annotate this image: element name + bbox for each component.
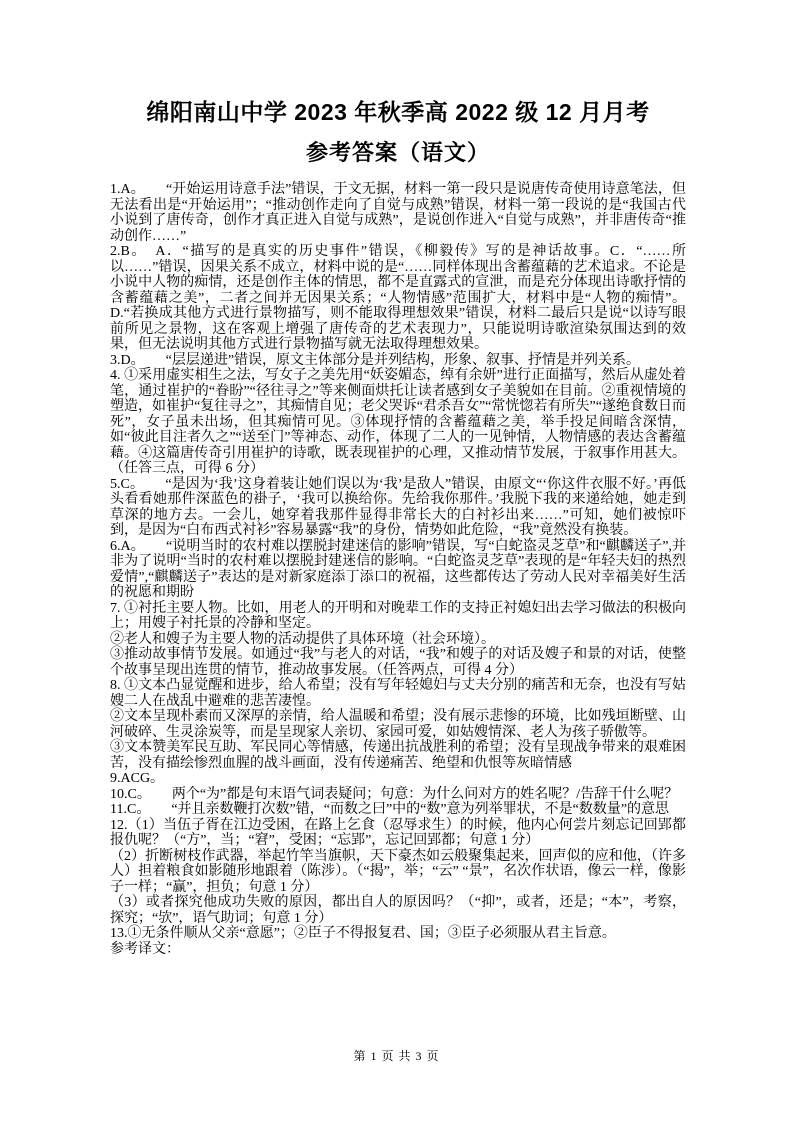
page-title: 绵阳南山中学 2023 年秋季高 2022 级 12 月月考 — [110, 96, 686, 128]
answers-body: 1.A。 “开始运用诗意手法”错误，于文无据，材料一第一段只是说唐传奇使用诗意笔… — [110, 182, 686, 957]
answer-12-part-3: （3）或者探究他成功失败的原因，都出自人的原因吗？（“抑”，或者，还是；“本”，… — [110, 895, 686, 926]
answer-13: 13.①无条件顺从父亲“意愿”；②臣子不得报复君、国；③臣子必须服从君主旨意。 — [110, 926, 686, 942]
answer-12-part-2: （2）折断树枝作武器，举起竹竿当旗帜，天下豪杰如云般聚集起来，回声似的应和他，（… — [110, 849, 686, 896]
answer-10: 10.C。 两个“为”都是句末语气词表疑问；句意：为什么问对方的姓名呢？/告辞干… — [110, 787, 686, 803]
answer-2: 2.B。 A．“描写的是真实的历史事件”错误，《柳毅传》写的是神话故事。C．“…… — [110, 244, 686, 353]
page-footer: 第 1 页 共 3 页 — [0, 1047, 793, 1064]
answer-1: 1.A。 “开始运用诗意手法”错误，于文无据，材料一第一段只是说唐传奇使用诗意笔… — [110, 182, 686, 244]
answer-8-point-3: ③文本赞美军民互助、军民同心等情感，传递出抗战胜利的希望；没有呈现战争带来的艰难… — [110, 740, 686, 771]
answer-12-part-1: 12.（1）当伍子胥在江边受困，在路上乞食（忍辱求生）的时候，他内心何尝片刻忘记… — [110, 818, 686, 849]
answer-4: 4. ①采用虚实相生之法，写女子之美先用“妖姿媚态，绰有余妍”进行正面描写，然后… — [110, 368, 686, 477]
answer-7-point-3: ③推动故事情节发展。如通过“我”与老人的对话，“我”和嫂子的对话及嫂子和景的对话… — [110, 647, 686, 678]
answer-9: 9.ACG。 — [110, 771, 686, 787]
page-subtitle: 参考答案（语文） — [110, 138, 686, 168]
answer-8-point-2: ②文本呈现朴素而又深厚的亲情，给人温暖和希望；没有展示悲惨的环境，比如残垣断壁、… — [110, 709, 686, 740]
answer-7-point-2: ②老人和嫂子为主要人物的活动提供了具体环境（社会环境）。 — [110, 632, 686, 648]
answer-6: 6.A。 “说明当时的农村难以摆脱封建迷信的影响”错误，写“白蛇盗灵芝草”和“麒… — [110, 539, 686, 601]
answer-11: 11.C。 “并且亲数鞭打次数”错，“而数之曰”中的“数”意为列举罪状，不是“数… — [110, 802, 686, 818]
answer-3: 3.D。 “层层递进”错误，原文主体部分是并列结构，形象、叙事、抒情是并列关系。 — [110, 353, 686, 369]
exam-answer-page: 绵阳南山中学 2023 年秋季高 2022 级 12 月月考 参考答案（语文） … — [0, 0, 793, 1122]
answer-5: 5.C。 “是因为‘我’这身着装让她们误以为‘我’是敌人”错误，由原文“‘你这件… — [110, 477, 686, 539]
reference-translation-label: 参考译文： — [110, 942, 686, 958]
answer-8-point-1: 8. ①文本凸显觉醒和进步，给人希望；没有写年轻媳妇与丈夫分别的痛苦和无奈，也没… — [110, 678, 686, 709]
answer-7-point-1: 7. ①衬托主要人物。比如，用老人的开明和对晚辈工作的支持正衬媳妇出去学习做法的… — [110, 601, 686, 632]
